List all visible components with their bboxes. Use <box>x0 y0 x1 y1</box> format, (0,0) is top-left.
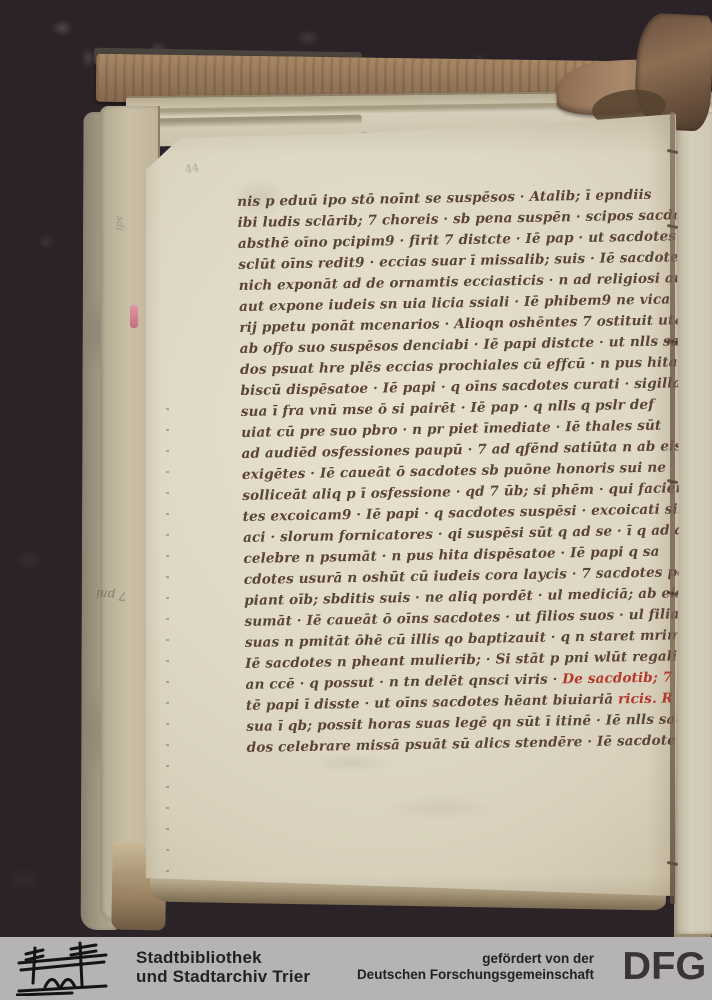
pencil-foliation-mark: 44 <box>184 161 200 176</box>
funding-credit-line2: Deutschen Forschungsgemeinschaft <box>357 967 594 983</box>
funding-credit: gefördert von der Deutschen Forschungsge… <box>357 951 594 983</box>
manuscript-text: nis p eduū ipo stō noīnt se suspēsos · A… <box>237 185 663 759</box>
marginal-scribble: sdi <box>113 216 125 232</box>
facing-page-sliver <box>674 112 712 941</box>
library-name-line1: Stadtbibliothek <box>136 948 310 967</box>
pink-bookmark-tab <box>130 305 138 328</box>
digitized-manuscript-scan: nis p eduū ipo stō noīnt se suspēsos · A… <box>0 0 712 1000</box>
trier-bridge-logo <box>16 941 110 996</box>
marginal-scribble: 7 pni <box>95 587 127 604</box>
funding-credit-line1: gefördert von der <box>357 951 594 967</box>
gutter-seam <box>670 112 675 904</box>
pricking-holes <box>166 408 169 873</box>
body-text: an ccē · q possut · n tn delēt qnsci vir… <box>245 671 562 693</box>
dfg-logo: DFG <box>622 945 706 989</box>
manuscript-page: nis p eduū ipo stō noīnt se suspēsos · A… <box>140 108 680 908</box>
library-name-line2: und Stadtarchiv Trier <box>136 967 310 986</box>
library-name: Stadtbibliothek und Stadtarchiv Trier <box>136 948 310 986</box>
footer-bar: Stadtbibliothek und Stadtarchiv Trier ge… <box>0 937 712 1000</box>
